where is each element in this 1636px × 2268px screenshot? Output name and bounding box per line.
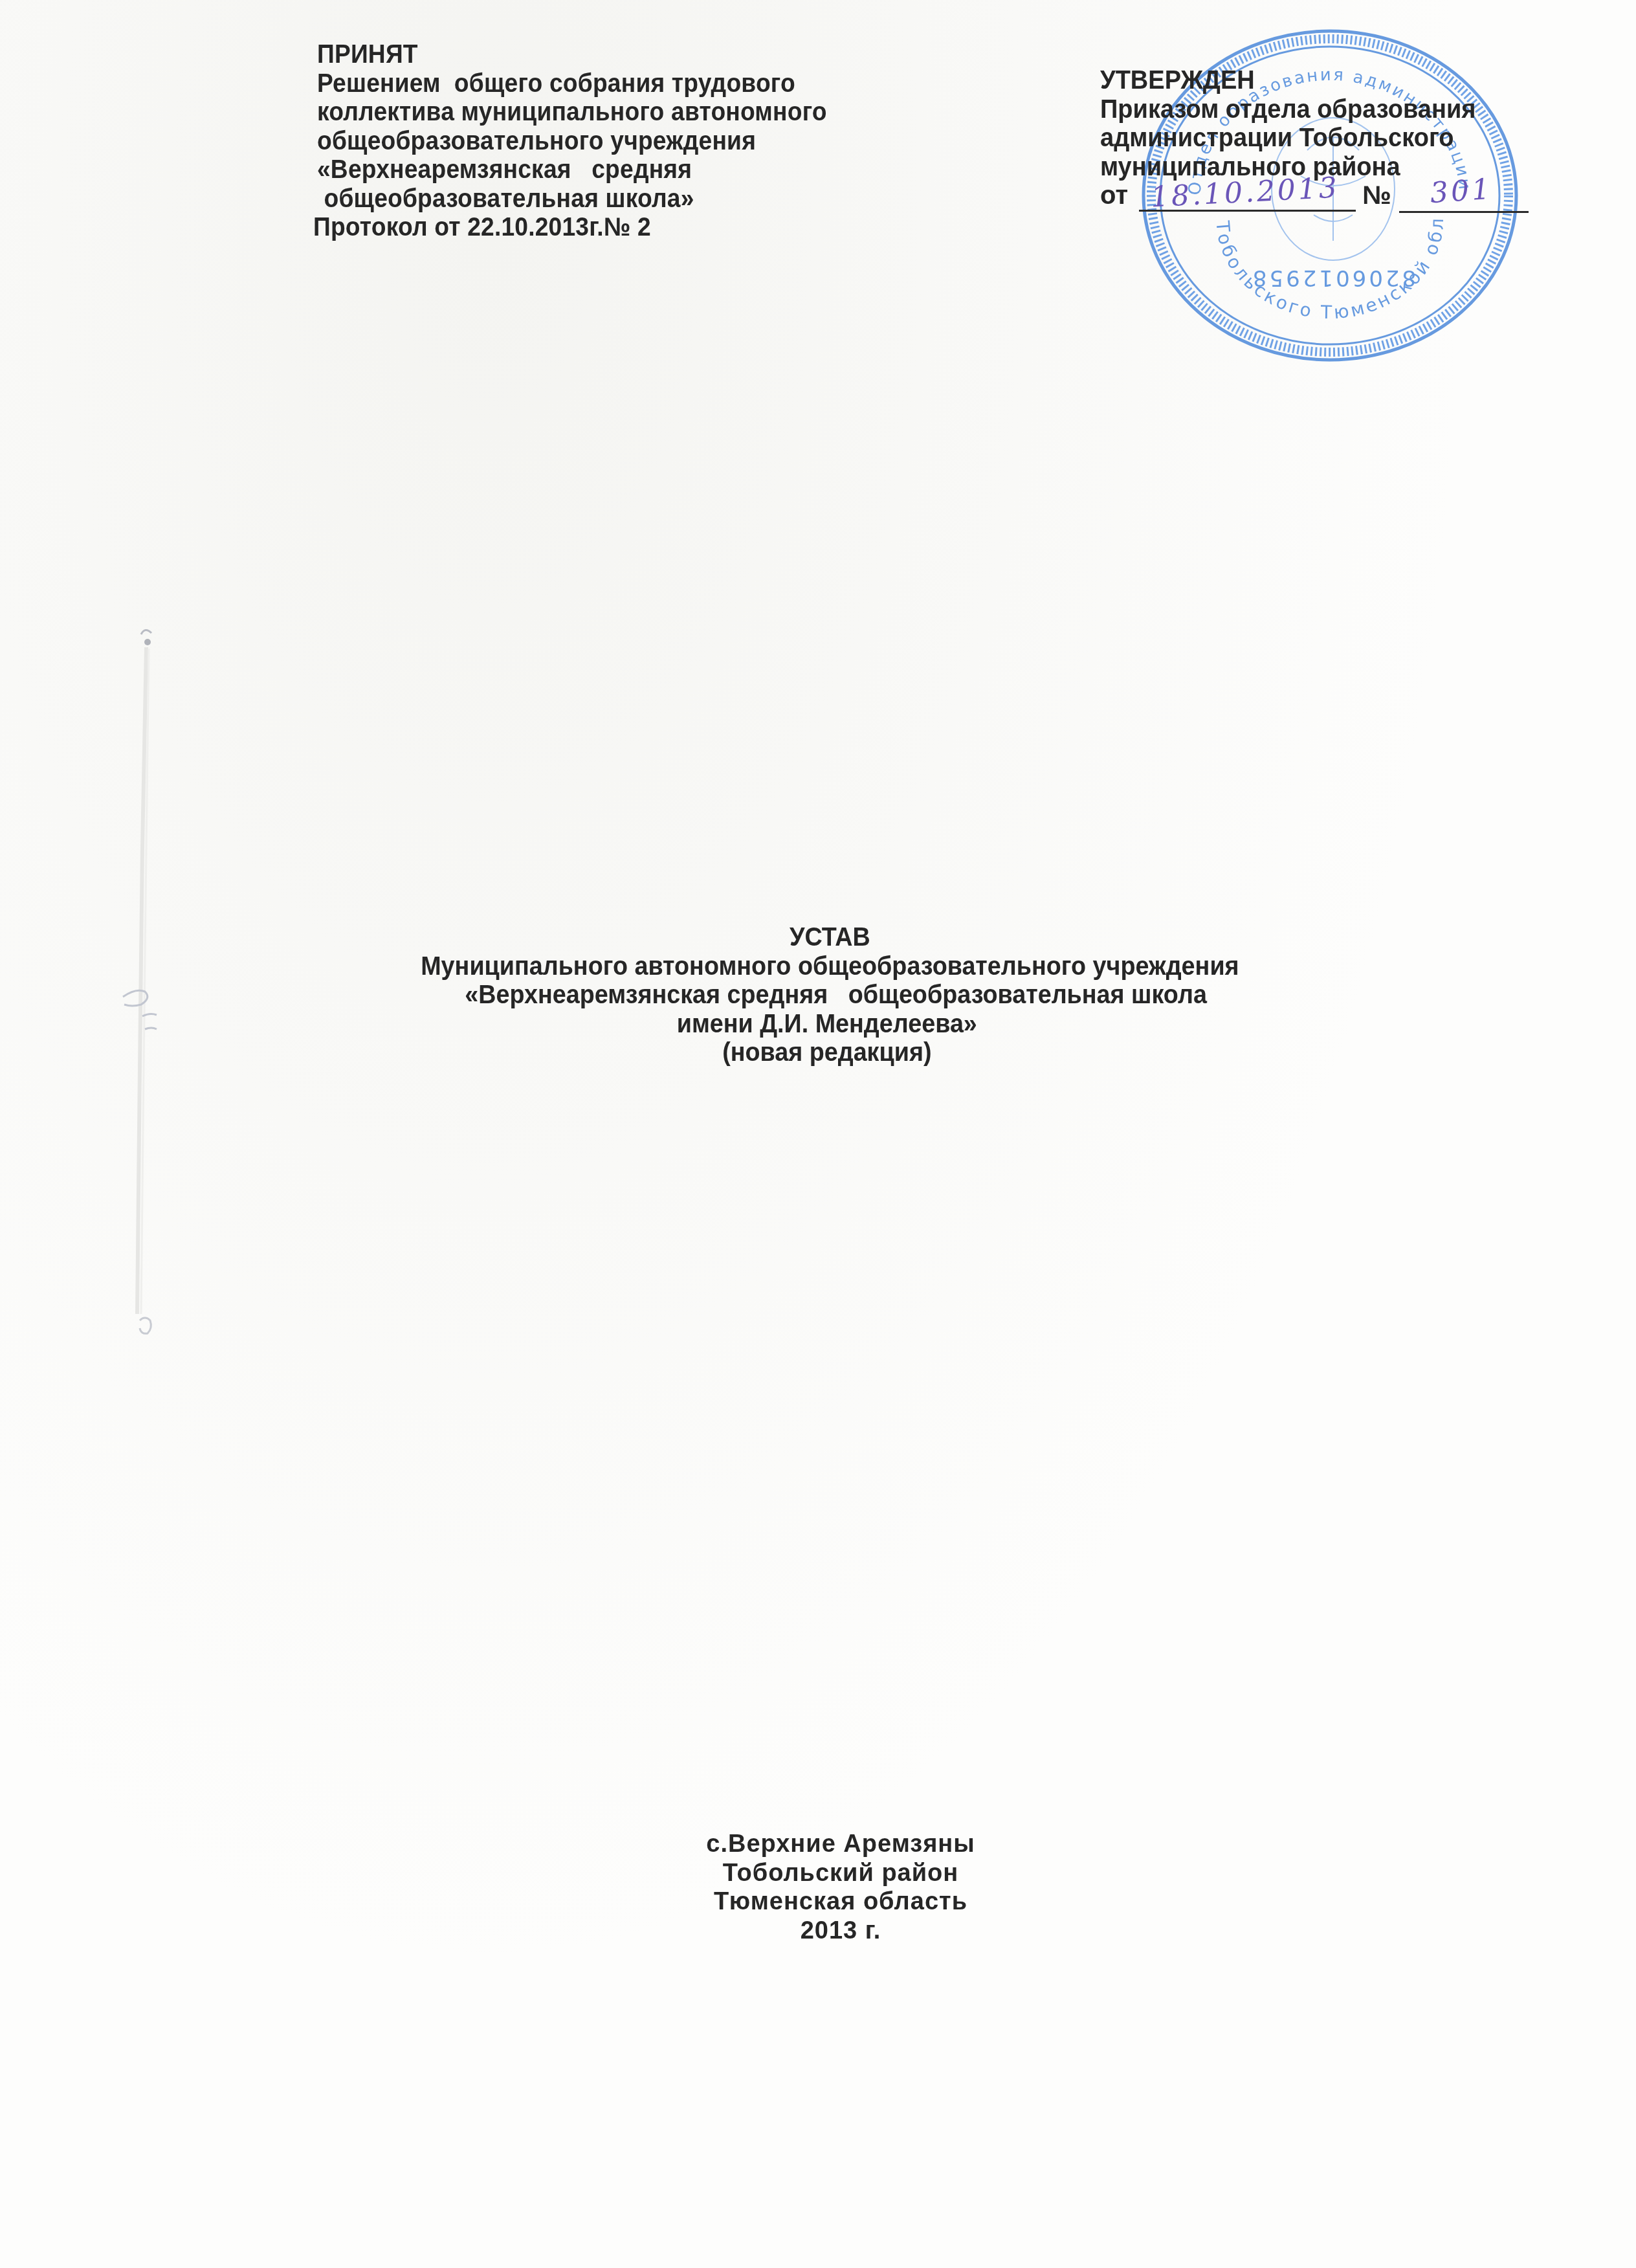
svg-text:8206012958: 8206012958 xyxy=(1250,265,1416,291)
accepted-line: «Верхнеаремзянская средняя xyxy=(317,155,827,184)
year-line: 2013 г. xyxy=(45,1917,1636,1946)
approved-heading: УТВЕРЖДЕН xyxy=(1100,66,1476,95)
title-heading: УСТАВ xyxy=(65,922,1571,951)
approved-line: администрации Тобольского xyxy=(1100,124,1476,153)
approved-block: УТВЕРЖДЕН Приказом отдела образования ад… xyxy=(1100,66,1496,214)
title-line: имени Д.И. Менделеева» xyxy=(65,1009,1571,1038)
handwritten-date: 18.10.2013 xyxy=(1150,173,1340,212)
title-line: Муниципального автономного общеобразоват… xyxy=(65,951,1571,981)
protocol-line: Протокол от 22.10.2013г.№ 2 xyxy=(313,213,826,242)
title-edition: (новая редакция) xyxy=(65,1038,1571,1067)
title-line: «Верхнеаремзянская средняя общеобразоват… xyxy=(65,980,1571,1009)
order-date-number-row: от 18.10.2013 № 301 xyxy=(1100,181,1496,214)
number-underline xyxy=(1399,211,1529,213)
accepted-line: общеобразовательная школа» xyxy=(317,184,827,214)
accepted-line: коллектива муниципального автономного xyxy=(317,98,827,127)
accepted-block: ПРИНЯТ Решением общего собрания трудовог… xyxy=(317,40,865,242)
place-line: Тобольский район xyxy=(45,1859,1636,1888)
document-title: УСТАВ Муниципального автономного общеобр… xyxy=(0,922,1636,1067)
number-label: № xyxy=(1362,181,1391,210)
approved-line: Приказом отдела образования xyxy=(1100,95,1476,124)
place-line: с.Верхние Аремзяны xyxy=(45,1830,1636,1859)
date-label: от xyxy=(1100,181,1128,210)
accepted-heading: ПРИНЯТ xyxy=(317,40,827,69)
place-line: Тюменская область xyxy=(45,1887,1636,1917)
accepted-line: общеобразовательного учреждения xyxy=(317,127,827,156)
handwritten-number: 301 xyxy=(1430,175,1494,208)
place-and-year: с.Верхние Аремзяны Тобольский район Тюме… xyxy=(0,1830,1636,1945)
accepted-line: Решением общего собрания трудового xyxy=(317,69,827,98)
